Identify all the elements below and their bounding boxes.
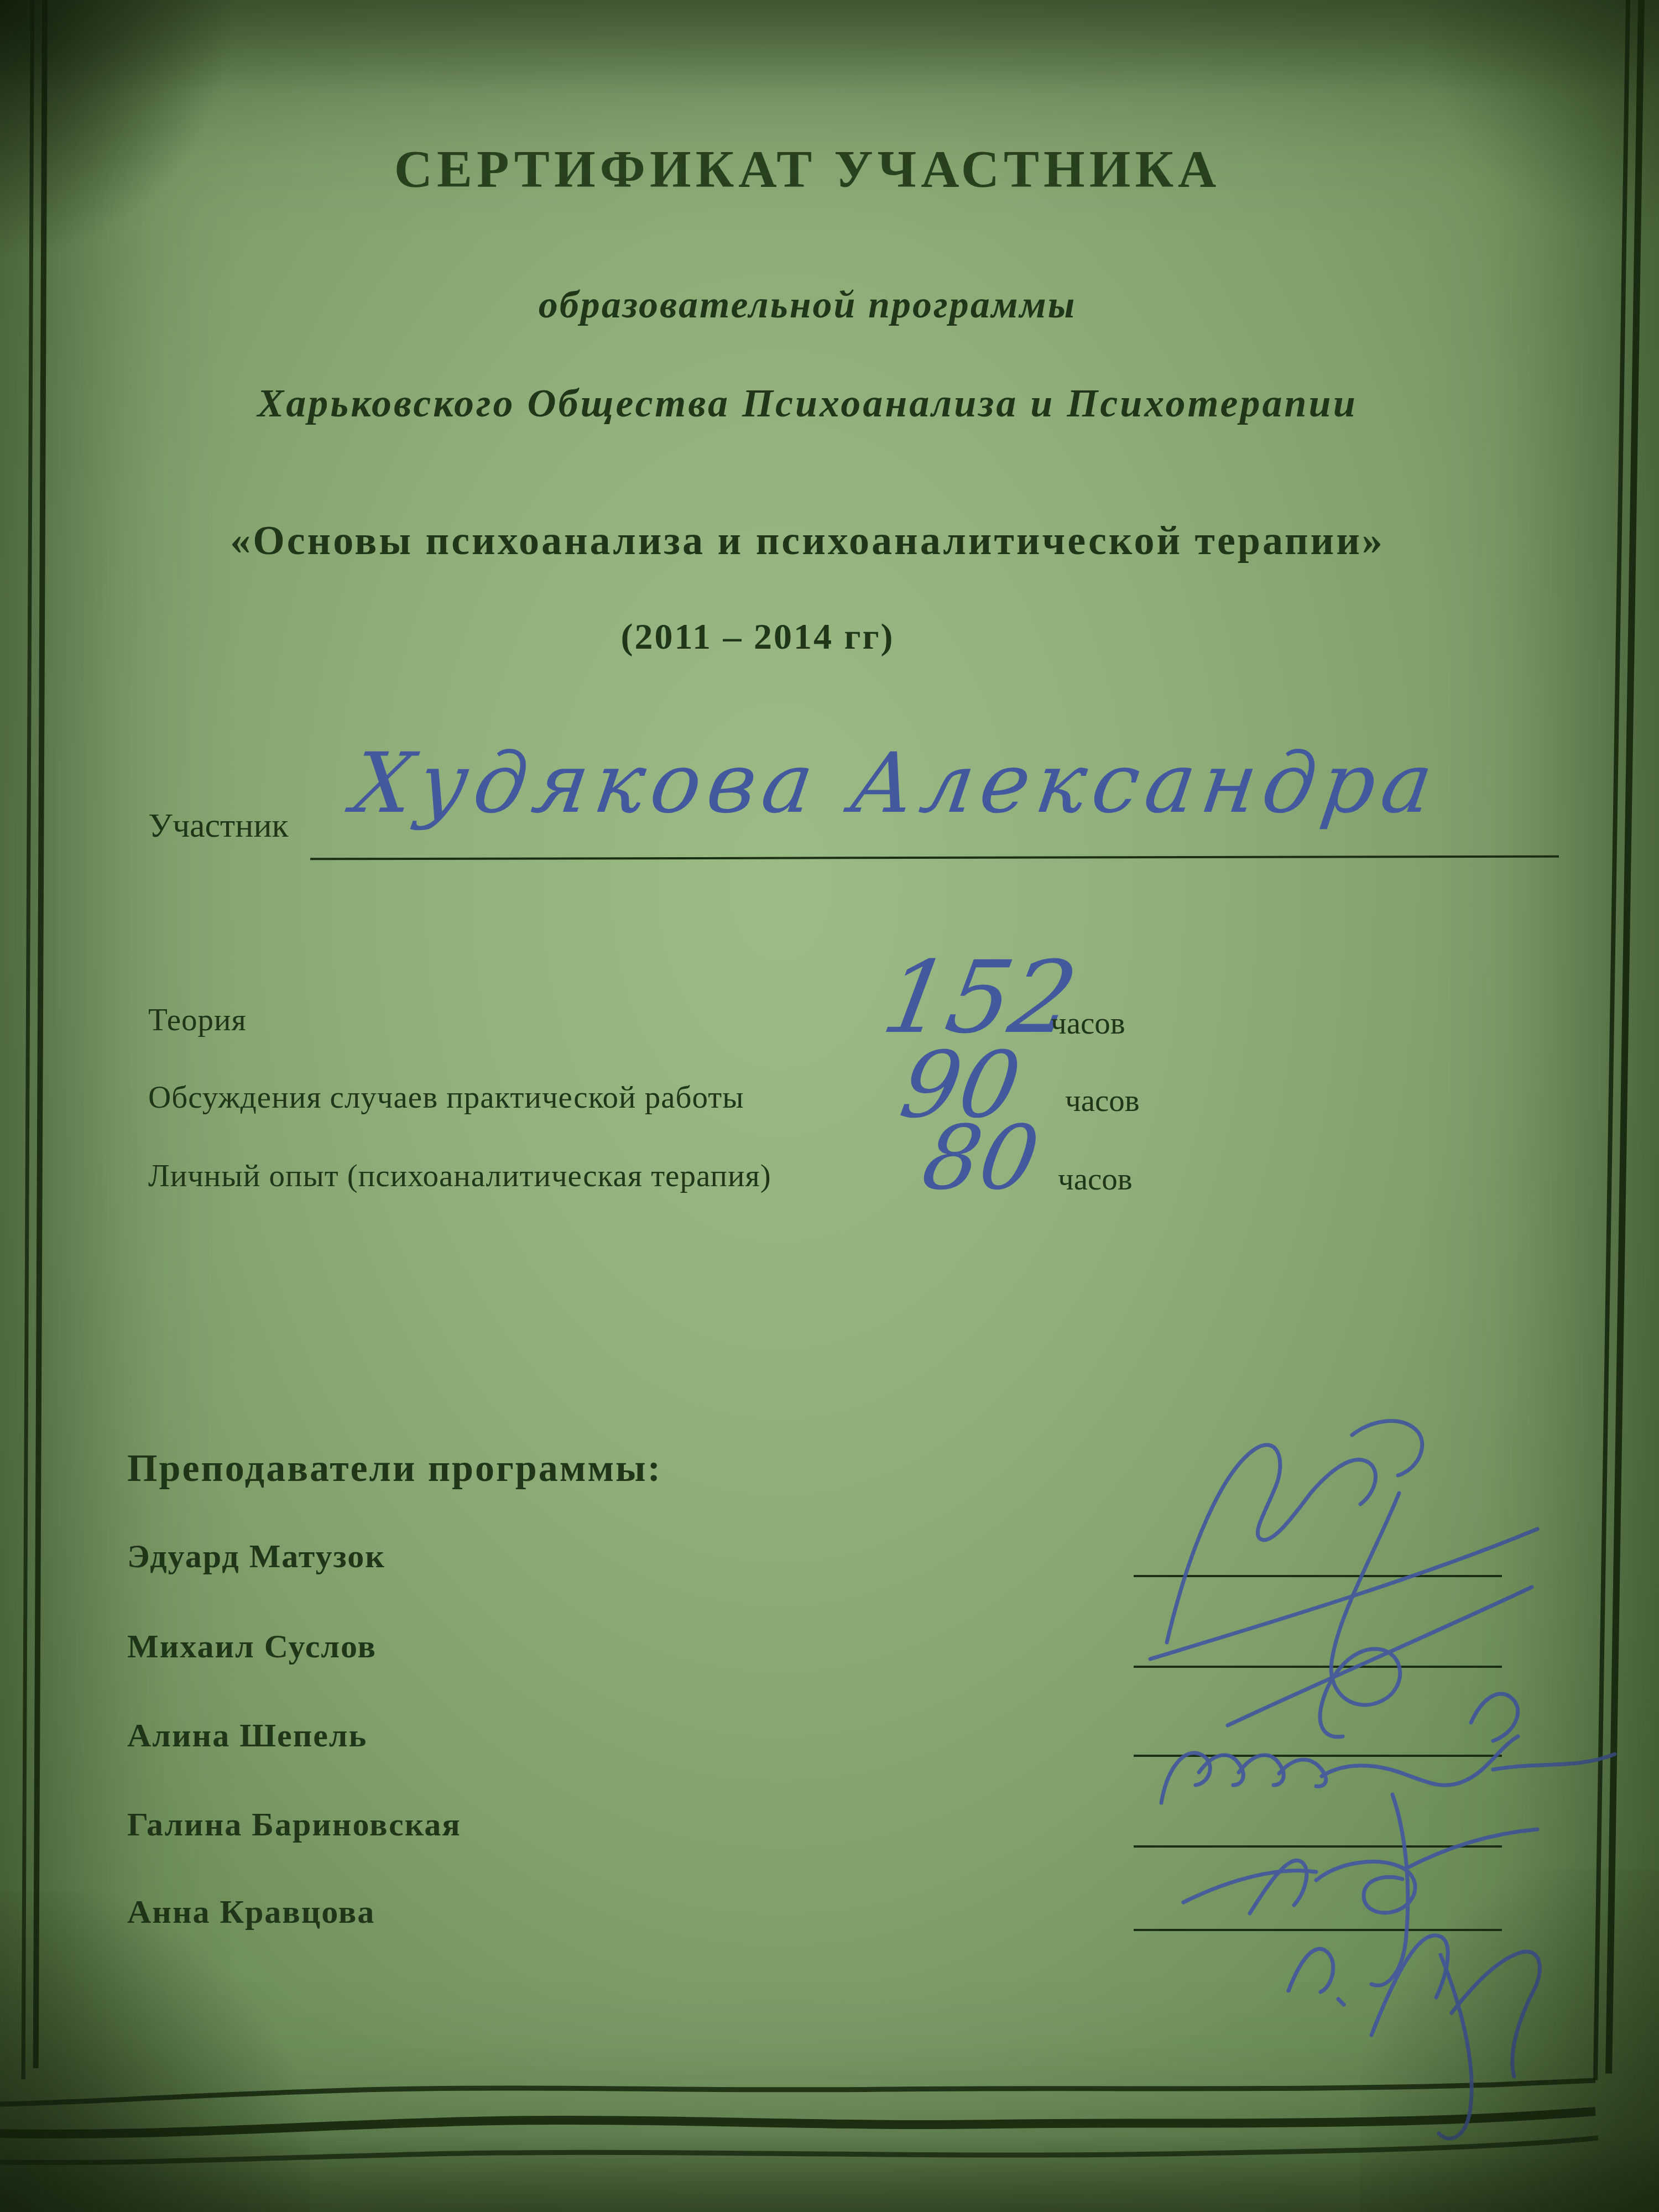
- subtitle-society-name: Харьковского Общества Психоанализа и Пси…: [0, 380, 1637, 426]
- certificate-page: СЕРТИФИКАТ УЧАСТНИКА образовательной про…: [0, 0, 1659, 2212]
- signatures-ink-scribbles: [1051, 1383, 1659, 2157]
- certificate-title: СЕРТИФИКАТ УЧАСТНИКА: [0, 138, 1637, 200]
- teacher-name: Михаил Суслов: [127, 1627, 377, 1666]
- signature-scribble-3: [1161, 1694, 1615, 1803]
- photo-shadow-top: [0, 0, 1659, 94]
- hours-row-value-handwritten: 80: [917, 1114, 1045, 1202]
- hours-row-label: Обсуждения случаев практической работы: [148, 1079, 744, 1115]
- signature-scribble-5: [1288, 1936, 1540, 2138]
- participant-name-handwritten: Худякова Александра: [347, 735, 1445, 832]
- hours-row-label: Личный опыт (психоаналитическая терапия): [148, 1158, 771, 1194]
- hours-row-unit: часов: [1058, 1161, 1133, 1197]
- teacher-name: Галина Бариновская: [127, 1806, 461, 1844]
- program-years: (2011 – 2014 гг): [0, 616, 1587, 658]
- teacher-name: Эдуард Матузок: [127, 1537, 385, 1575]
- hours-row-unit: часов: [1051, 1005, 1125, 1041]
- hours-row-label: Теория: [148, 1002, 247, 1038]
- teacher-name: Алина Шепель: [127, 1717, 367, 1755]
- teacher-name: Анна Кравцова: [127, 1893, 375, 1931]
- subtitle-program-type: образовательной программы: [0, 283, 1637, 327]
- signature-scribble-4: [1183, 1794, 1537, 1985]
- photo-shadow-top-left: [0, 0, 232, 254]
- hours-row-unit: часов: [1065, 1083, 1140, 1119]
- program-title: «Основы психоанализа и психоаналитическо…: [0, 518, 1637, 565]
- participant-underline: [310, 855, 1559, 860]
- participant-label: Участник: [148, 806, 289, 846]
- teachers-heading: Преподаватели программы:: [127, 1447, 662, 1491]
